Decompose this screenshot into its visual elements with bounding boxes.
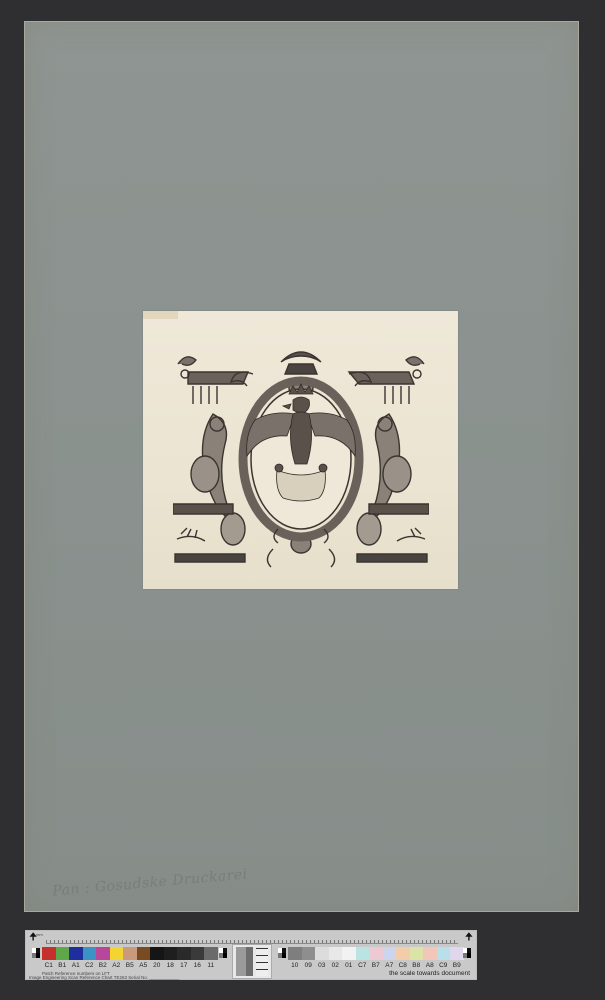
color-patch-B5	[123, 947, 137, 960]
patch-label: A5	[137, 962, 151, 969]
patch-label: B2	[96, 962, 110, 969]
patch-label: C7	[356, 962, 370, 969]
eagle-cartouche-engraving	[173, 344, 429, 569]
scale-note: the scale towards document	[389, 970, 470, 977]
paper-stain	[143, 311, 178, 319]
color-patch-A8	[423, 947, 437, 960]
color-patch-A7	[383, 947, 397, 960]
color-patch-10	[288, 947, 302, 960]
patch-label: B1	[56, 962, 70, 969]
grey-step-dark	[246, 947, 253, 976]
patch-label: 20	[150, 962, 164, 969]
patch-label: 17	[177, 962, 191, 969]
color-patch-09	[302, 947, 316, 960]
grey-step-light	[236, 947, 246, 976]
color-patch-01	[342, 947, 356, 960]
mm-ruler	[46, 937, 458, 944]
color-patch-16	[191, 947, 205, 960]
color-patch-B1	[56, 947, 70, 960]
contrast-target-icon	[32, 948, 40, 958]
color-patch-B8	[410, 947, 424, 960]
patch-label: A2	[110, 962, 124, 969]
ruler-unit-label: mm	[36, 932, 43, 937]
patch-label: 18	[164, 962, 178, 969]
patch-label: C8	[396, 962, 410, 969]
color-patch-C1	[42, 947, 56, 960]
grey-resolution-target	[232, 944, 272, 979]
patch-label: B9	[450, 962, 464, 969]
color-patch-18	[164, 947, 178, 960]
contrast-target-icon	[463, 948, 471, 958]
contrast-target-icon	[278, 948, 286, 958]
color-patch-20	[150, 947, 164, 960]
patch-label: 02	[329, 962, 343, 969]
resolution-bars	[256, 948, 268, 976]
color-patch-A2	[110, 947, 124, 960]
color-patch-02	[329, 947, 343, 960]
patch-label: 09	[302, 962, 316, 969]
patch-label: B8	[410, 962, 424, 969]
color-patch-B2	[96, 947, 110, 960]
color-patch-C9	[437, 947, 451, 960]
contrast-target-icon	[219, 948, 227, 958]
patch-label: C1	[42, 962, 56, 969]
patch-label: B7	[369, 962, 383, 969]
color-patch-C2	[83, 947, 97, 960]
color-patch-03	[315, 947, 329, 960]
patch-label: 10	[288, 962, 302, 969]
color-patch-A5	[137, 947, 151, 960]
patch-label: 03	[315, 962, 329, 969]
patch-label: A1	[69, 962, 83, 969]
up-arrow-icon: 🠉	[465, 933, 473, 943]
patch-label: A8	[423, 962, 437, 969]
right-patch-labels: 1009030201C7B7A7C8B8A8C9B9	[288, 962, 464, 969]
color-patch-B7	[369, 947, 383, 960]
patch-label: B5	[123, 962, 137, 969]
color-patch-C8	[396, 947, 410, 960]
patch-label: 16	[191, 962, 205, 969]
footer-note: Image Engineering Scan Reference Chart T…	[29, 975, 179, 980]
color-patch-11	[204, 947, 218, 960]
woodcut-print	[143, 311, 458, 589]
right-patch-row	[288, 947, 464, 960]
color-patch-17	[177, 947, 191, 960]
color-reference-chart: 🠉 🠉 mm C1B1A1C2B2A2B5A52018171611 100903…	[25, 930, 477, 980]
patch-label: C2	[83, 962, 97, 969]
left-patch-row	[42, 947, 218, 960]
patch-label: A7	[383, 962, 397, 969]
patch-label: C9	[437, 962, 451, 969]
patch-label: 01	[342, 962, 356, 969]
color-patch-A1	[69, 947, 83, 960]
patch-label: 11	[204, 962, 218, 969]
color-patch-B9	[450, 947, 464, 960]
color-patch-C7	[356, 947, 370, 960]
left-patch-labels: C1B1A1C2B2A2B5A52018171611	[42, 962, 218, 969]
